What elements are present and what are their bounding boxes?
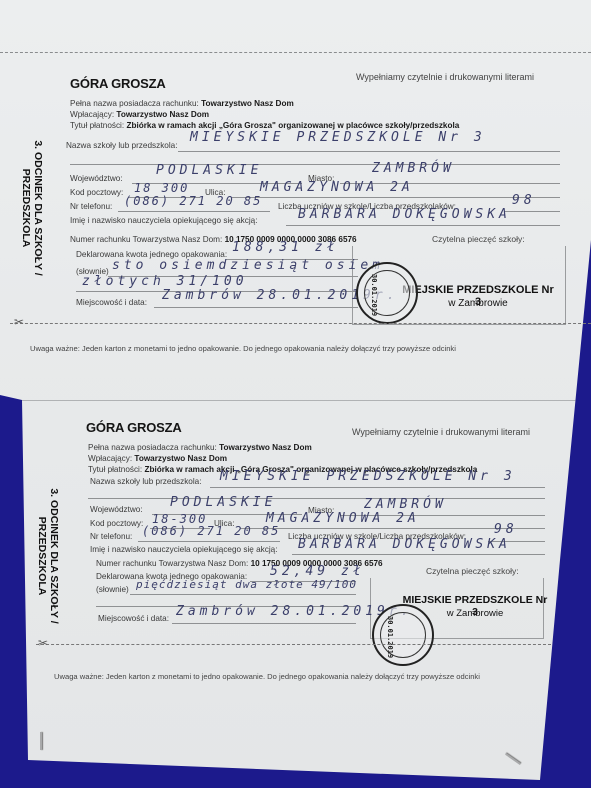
place-date-field[interactable] [172,623,356,624]
account-holder-value: Towarzystwo Nasz Dom [219,443,312,452]
side-label-line1: 3. ODCINEK DLA SZKOŁY / [48,456,60,656]
cut-line [10,323,591,324]
voivodeship-value: PODLASKIE [170,495,276,510]
round-stamp-date: 30.01.2019 [370,274,378,316]
students-field[interactable] [504,211,560,212]
postal-code-label: Kod pocztowy: [70,188,123,197]
staple-left [40,732,42,750]
side-label: 3. ODCINEK DLA SZKOŁY / PRZEDSZKOLA [36,456,60,656]
side-label: 3. ODCINEK DLA SZKOŁY / PRZEDSZKOLA [20,108,44,308]
instruction: Wypełniamy czytelnie i drukowanymi liter… [356,72,534,82]
teacher-value: BARBARA DOKĘGOWSKA [298,207,511,222]
school-name-value: MIEYSKIE PRZEDSZKOLE Nr 3 [220,469,516,484]
account-number-label: Numer rachunku Towarzystwa Nasz Dom: [70,235,222,244]
payment-title: Tytuł płatności: Zbiórka w ramach akcji … [70,121,459,130]
instruction: Wypełniamy czytelnie i drukowanymi liter… [352,427,530,437]
school-name-field[interactable] [210,487,545,488]
side-label-line2: PRZEDSZKOLA [20,108,32,308]
payer: Wpłacający: Towarzystwo Nasz Dom [88,454,227,463]
street-field[interactable] [232,197,560,198]
postal-code-label: Kod pocztowy: [90,519,143,528]
scissors-icon: ✂ [14,315,24,329]
payment-title-label: Tytuł płatności: [88,465,142,474]
school-stamp-line2: w Zambrowie [398,298,558,309]
payment-title-label: Tytuł płatności: [70,121,124,130]
teacher-label: Imię i nazwisko nauczyciela opiekującego… [90,545,278,554]
voivodeship-label: Województwo: [70,174,123,183]
teacher-value: BARBARA DOKĘGOWSKA [298,537,511,552]
school-name-value: MIEYSKIE PRZEDSZKOLE Nr 3 [190,130,486,145]
phone-value: (086) 271 20 85 [142,524,280,538]
voivodeship-label: Województwo: [90,505,143,514]
school-name-field-2[interactable] [70,164,560,165]
students-value: 98 [494,522,518,537]
round-stamp: 30.01.2019 [356,262,418,324]
cut-line [36,644,551,645]
postal-code-value: 18 300 [134,181,189,195]
declared-amount-value: 52,49 zł [270,564,365,579]
declared-amount-value: 188,31 zł [232,240,338,255]
account-number-label: Numer rachunku Towarzystwa Nasz Dom: [96,559,248,568]
in-words-field[interactable] [130,594,356,595]
school-name-label: Nazwa szkoły lub przedszkola: [90,477,202,486]
city-value: ZAMBRÓW [372,161,455,176]
place-date-label: Miejscowość i data: [76,298,147,307]
school-name-field-2[interactable] [88,498,545,499]
in-words-label: (słownie) [96,585,129,594]
teacher-label: Imię i nazwisko nauczyciela opiekującego… [70,216,258,225]
in-words-value-line1: pięćdziesiąt dwa złote 49/100 [136,578,357,591]
side-label-line1: 3. ODCINEK DLA SZKOŁY / [32,108,44,308]
phone-field[interactable] [118,211,270,212]
account-holder-label: Pełna nazwa posiadacza rachunku: [88,443,217,452]
street-value: MAGAZYNOWA 2A [260,180,414,195]
city-value: ZAMBRÓW [364,497,447,512]
account-holder: Pełna nazwa posiadacza rachunku: Towarzy… [88,443,312,452]
school-name-field[interactable] [178,151,560,152]
phone-label: Nr telefonu: [70,202,112,211]
payer-value: Towarzystwo Nasz Dom [116,110,209,119]
voivodeship-value: PODLASKIE [156,163,262,178]
place-date-label: Miejscowość i data: [98,614,169,623]
teacher-field[interactable] [286,225,560,226]
round-stamp: 30.01.2019 [372,604,434,666]
payer-label: Wpłacający: [70,110,114,119]
payer-label: Wpłacający: [88,454,132,463]
seal-label: Czytelna pieczęć szkoły: [426,566,519,576]
students-value: 98 [512,193,536,208]
payment-title-value: Zbiórka w ramach akcji „Góra Grosza" org… [126,121,459,130]
payer: Wpłacający: Towarzystwo Nasz Dom [70,110,209,119]
street-value: MAGAZYNOWA 2A [266,511,420,526]
notice: Uwaga ważne: Jeden karton z monetami to … [54,672,480,681]
scissors-icon: ✂ [38,636,48,650]
in-words-value-line1: sto osiemdziesiąt osiem [112,258,384,273]
notice: Uwaga ważne: Jeden karton z monetami to … [30,344,456,353]
phone-label: Nr telefonu: [90,532,132,541]
school-name-label: Nazwa szkoły lub przedszkola: [66,141,178,150]
account-holder-value: Towarzystwo Nasz Dom [201,99,294,108]
side-label-line2: PRZEDSZKOLA [36,456,48,656]
round-stamp-date: 30.01.2019 [386,616,394,658]
place-date-field[interactable] [154,307,358,308]
teacher-field[interactable] [292,554,545,555]
phone-value: (086) 271 20 85 [124,194,262,208]
in-words-value-line2: złotych 31/100 [82,274,248,289]
top-tear-line [0,52,591,53]
payer-value: Towarzystwo Nasz Dom [134,454,227,463]
seal-label: Czytelna pieczęć szkoły: [432,234,525,244]
account-holder: Pełna nazwa posiadacza rachunku: Towarzy… [70,99,294,108]
phone-field[interactable] [138,541,280,542]
account-holder-label: Pełna nazwa posiadacza rachunku: [70,99,199,108]
brand-title: GÓRA GROSZA [86,420,182,435]
sheet-divider [8,400,591,401]
brand-title: GÓRA GROSZA [70,76,166,91]
